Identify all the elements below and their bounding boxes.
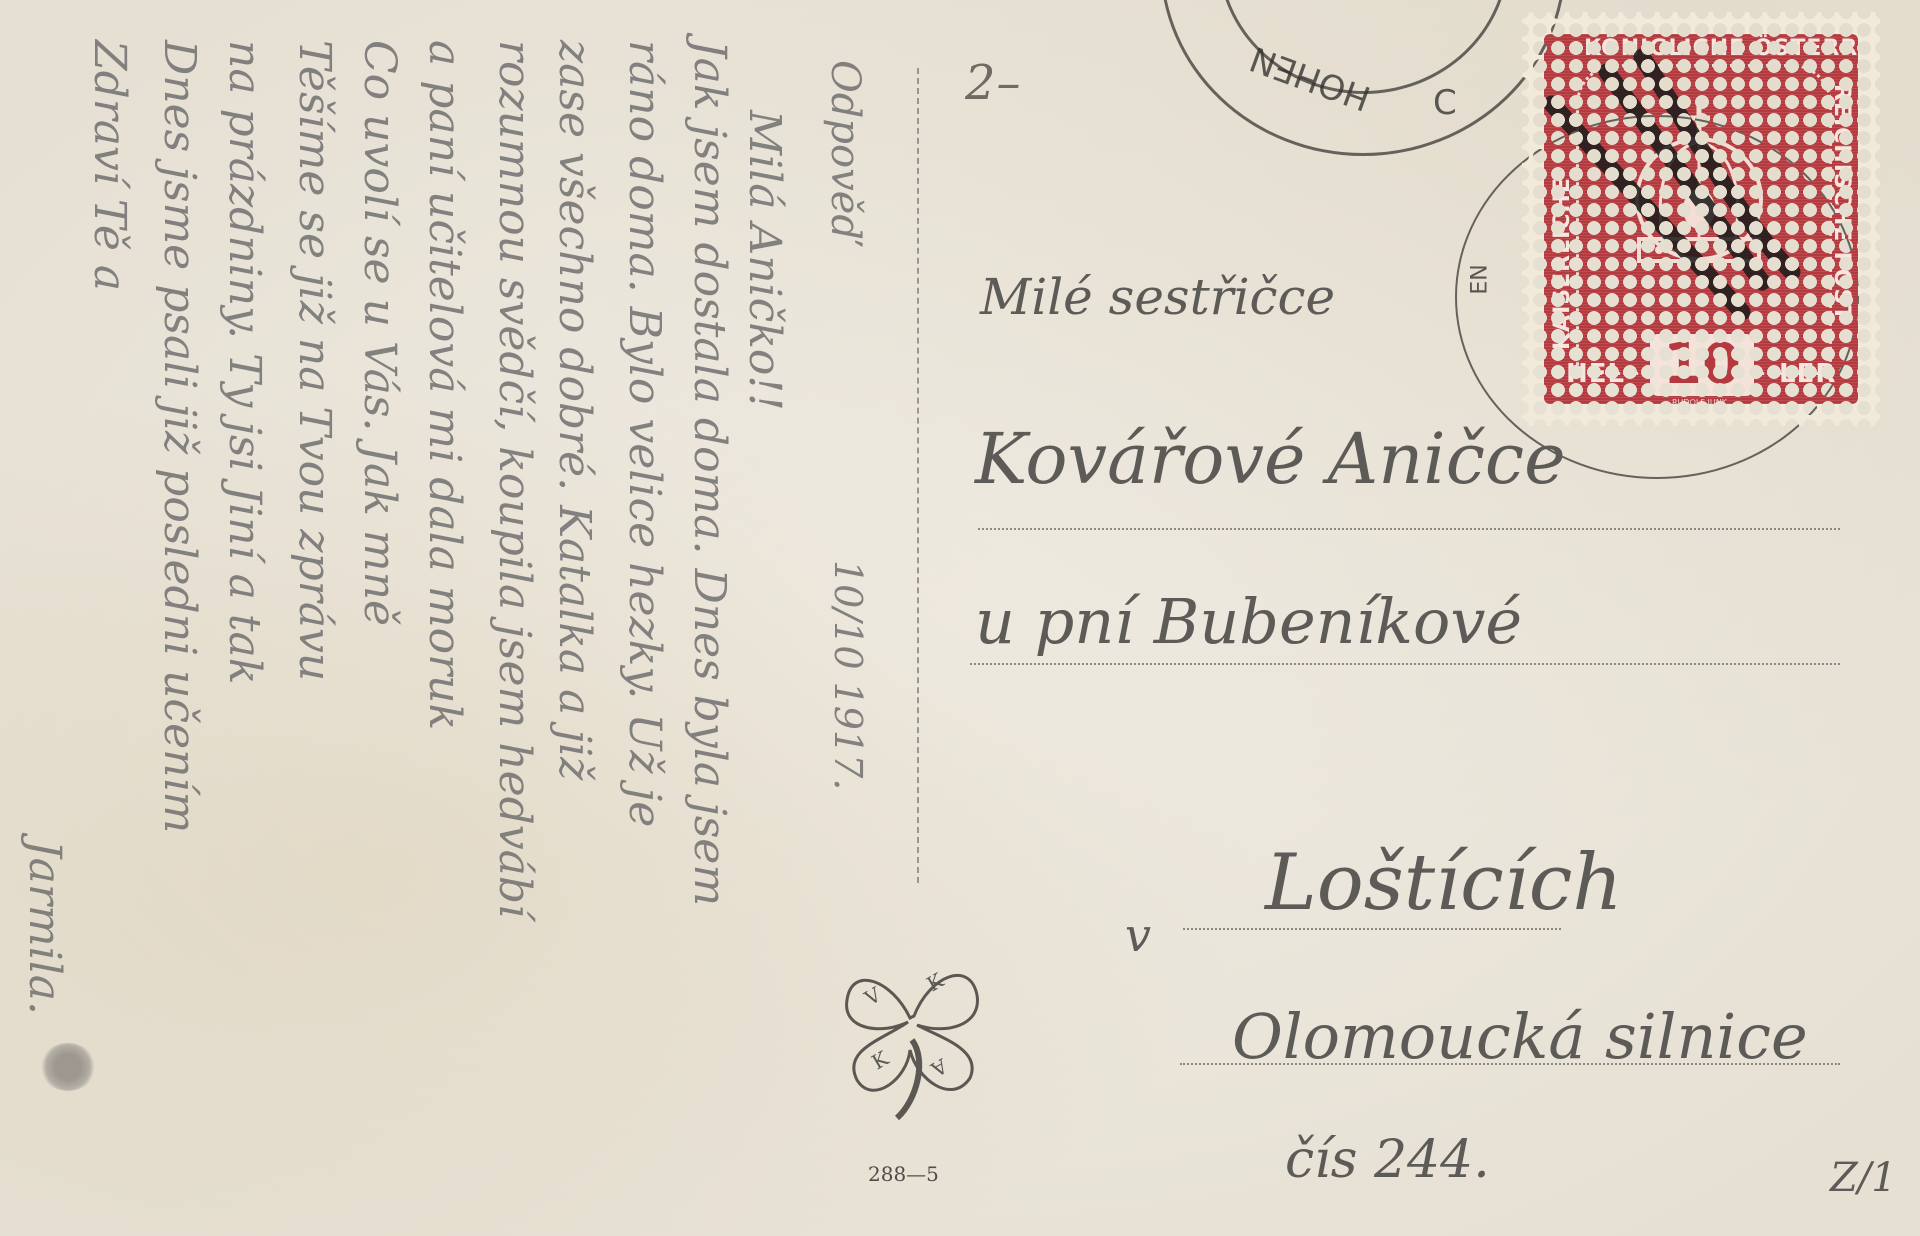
- stamp-unit-right: LER: [1779, 359, 1836, 389]
- postmark-upper: HOHEN C: [1160, 0, 1566, 156]
- stamp-value: 10: [1650, 334, 1754, 396]
- address-rule-3: [1183, 928, 1561, 930]
- center-divider-line: [917, 68, 919, 883]
- message-line: Zdraví Tě a: [84, 40, 135, 291]
- message-signature: Jarmila.: [19, 840, 70, 1015]
- address-care-of: u pní Bubeníkové: [975, 585, 1522, 658]
- message-line: Těšíme se již na Tvou zprávu: [289, 40, 340, 681]
- address-house-number: čís 244.: [1285, 1130, 1490, 1190]
- svg-text:A: A: [927, 1053, 953, 1082]
- message-line: Milá Aničko!!: [739, 110, 790, 411]
- address-rule-1: [978, 528, 1840, 530]
- address-rule-4: [1180, 1063, 1840, 1065]
- address-rule-2: [970, 663, 1840, 665]
- message-line: a paní učitelová mi dala moruk: [419, 40, 470, 730]
- stamp-left-text: KAISERLICHE: [1550, 177, 1575, 350]
- address-city: Loštících: [1265, 838, 1623, 928]
- message-line: Jak jsem dostala doma. Dnes byla jsem: [684, 40, 735, 906]
- stamp-right-text: REICHISCHE·POST: [1829, 84, 1854, 321]
- postcard-back: Odpověď 10/10 1917. Milá Aničko!! Jak js…: [0, 0, 1920, 1236]
- svg-text:K: K: [868, 1046, 894, 1075]
- message-line: rozumnou svědčí, koupila jsem hedvábí: [489, 40, 540, 918]
- four-leaf-clover-icon: V K K A: [832, 940, 992, 1130]
- stamp-design: KÖNIGLICHE ÖSTERR KAISERLICHE REICHISCHE…: [1544, 34, 1858, 404]
- corner-mark: 2–: [965, 55, 1022, 111]
- stamp-printer-imprint: RUDOLF JUNK: [1672, 398, 1727, 407]
- message-line: ráno doma. Bylo velice hezky. Už je: [619, 40, 670, 827]
- ink-blot: [40, 1043, 96, 1091]
- card-number: 288—5: [868, 1162, 939, 1186]
- handwritten-message: Odpověď 10/10 1917. Milá Aničko!! Jak js…: [0, 0, 900, 1236]
- message-line: na prázdniny. Ty jsi Jiní a tak: [219, 40, 270, 684]
- message-line: Dnes jsme psali již posledni učením: [154, 40, 205, 833]
- postmark-upper-letter: C: [1433, 83, 1457, 123]
- stamp-unit-left: HEL: [1566, 359, 1625, 389]
- message-heading: Odpověď: [822, 60, 868, 240]
- address-salutation: Milé sestřičce: [980, 268, 1335, 326]
- address-recipient-name: Kovářové Aničce: [975, 418, 1566, 500]
- corner-note: Z/1: [1830, 1155, 1897, 1201]
- postmark-lower-text: EN: [1468, 264, 1493, 294]
- message-line: Co uvolí se u Vás. Jak mně: [354, 40, 405, 626]
- stamp-top-text: KÖNIGLICHE ÖSTERR: [1584, 36, 1858, 61]
- address-prefix: v: [1125, 908, 1151, 962]
- crown-icon: [1624, 104, 1774, 274]
- postage-stamp: KÖNIGLICHE ÖSTERR KAISERLICHE REICHISCHE…: [1522, 12, 1880, 426]
- message-line: zase všechno dobré. Katalka a již: [549, 40, 600, 780]
- message-date: 10/10 1917.: [826, 560, 870, 790]
